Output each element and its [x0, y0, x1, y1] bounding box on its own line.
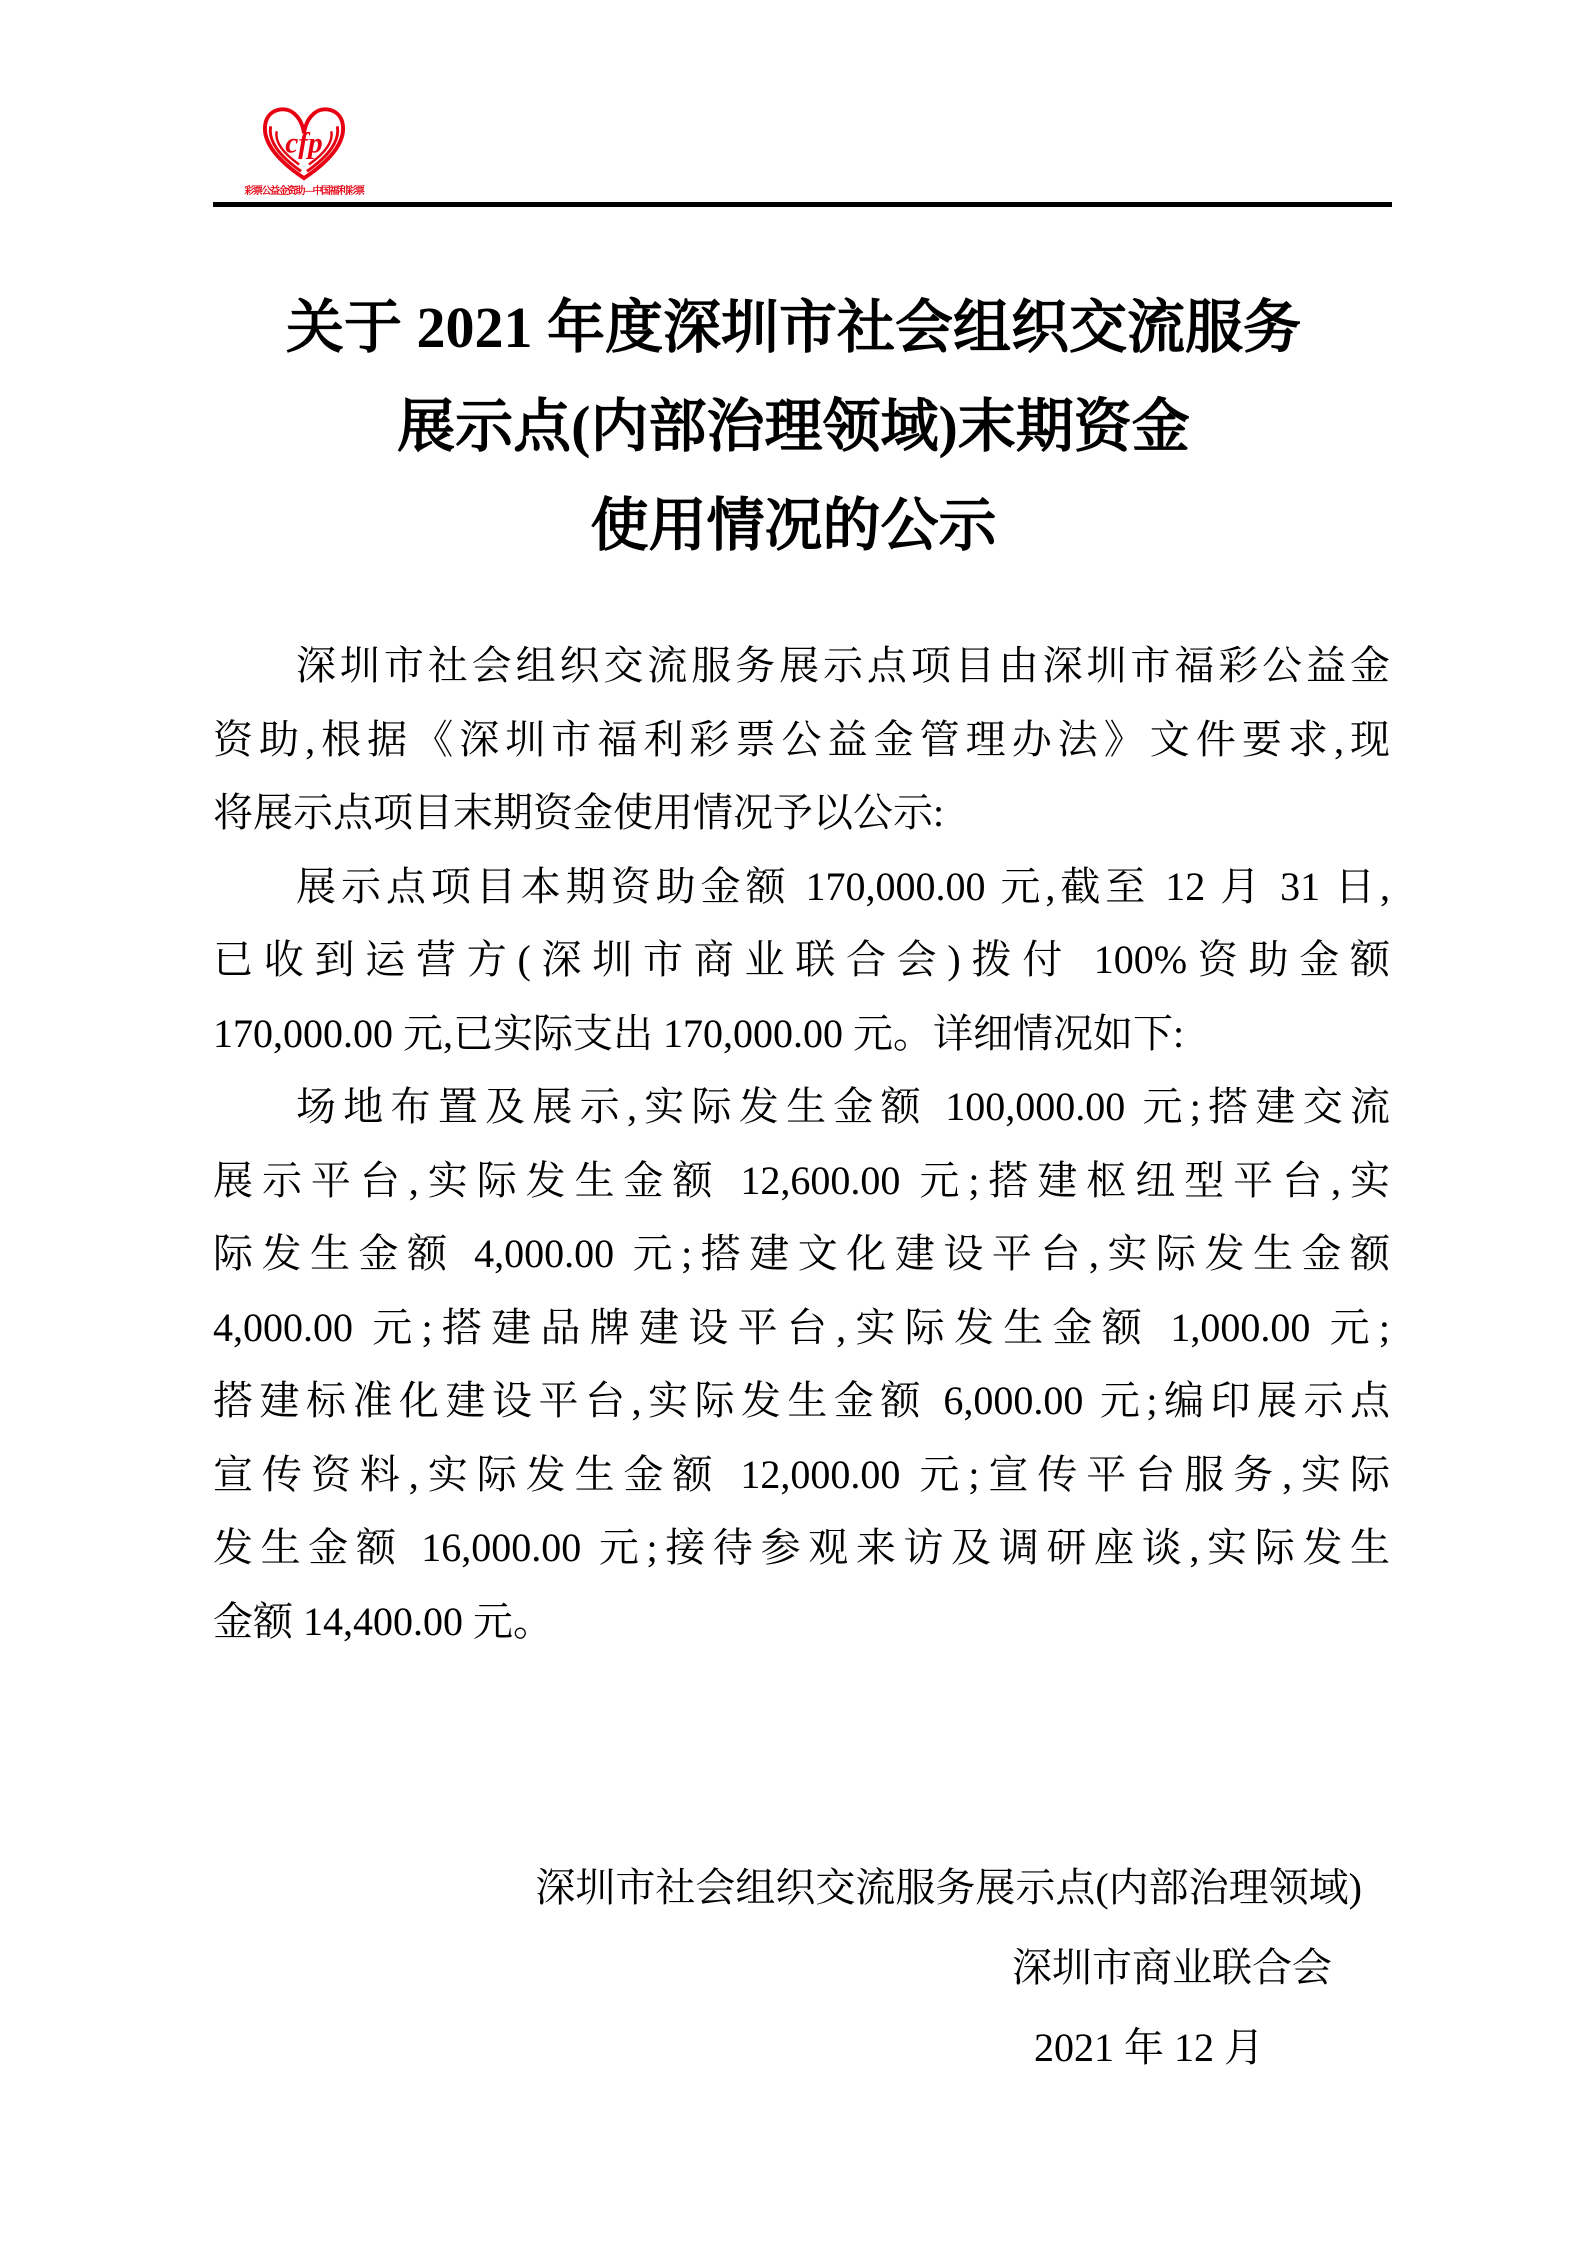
body-line: 展示平台,实际发生金额 12,600.00 元;搭建枢纽型平台,实 [213, 1144, 1390, 1218]
document-body: 深圳市社会组织交流服务展示点项目由深圳市福彩公益金 资助,根据《深圳市福利彩票公… [213, 629, 1390, 1658]
paragraph-funding-summary: 展示点项目本期资助金额 170,000.00 元,截至 12 月 31 日, 已… [213, 850, 1390, 1071]
body-line: 170,000.00 元,已实际支出 170,000.00 元。详细情况如下: [213, 997, 1390, 1071]
body-line: 宣传资料,实际发生金额 12,000.00 元;宣传平台服务,实际 [213, 1438, 1390, 1512]
signature-org-name: 深圳市商业联合会 [213, 1928, 1390, 2008]
title-line-1: 关于 2021 年度深圳市社会组织交流服务 [0, 278, 1587, 377]
body-line: 金额 14,400.00 元。 [213, 1585, 1390, 1659]
signature-date: 2021 年 12 月 [213, 2008, 1390, 2088]
body-line: 场地布置及展示,实际发生金额 100,000.00 元;搭建交流 [213, 1070, 1390, 1144]
body-line: 搭建标准化建设平台,实际发生金额 6,000.00 元;编印展示点 [213, 1364, 1390, 1438]
paragraph-intro: 深圳市社会组织交流服务展示点项目由深圳市福彩公益金 资助,根据《深圳市福利彩票公… [213, 629, 1390, 850]
header-divider [213, 202, 1392, 207]
body-line: 已收到运营方(深圳市商业联合会)拨付 100%资助金额 [213, 923, 1390, 997]
paragraph-expense-details: 场地布置及展示,实际发生金额 100,000.00 元;搭建交流 展示平台,实际… [213, 1070, 1390, 1658]
title-line-2: 展示点(内部治理领域)末期资金 [0, 377, 1587, 476]
body-line: 深圳市社会组织交流服务展示点项目由深圳市福彩公益金 [213, 629, 1390, 703]
body-line: 际发生金额 4,000.00 元;搭建文化建设平台,实际发生金额 [213, 1217, 1390, 1291]
logo-caption: 彩票公益金资助—中国福利彩票 [238, 182, 370, 197]
cfp-heart-icon: cfp [255, 98, 353, 184]
document-page: cfp 彩票公益金资助—中国福利彩票 关于 2021 年度深圳市社会组织交流服务… [0, 0, 1587, 2245]
body-line: 资助,根据《深圳市福利彩票公益金管理办法》文件要求,现 [213, 703, 1390, 777]
title-line-3: 使用情况的公示 [0, 476, 1587, 575]
body-line: 4,000.00 元;搭建品牌建设平台,实际发生金额 1,000.00 元; [213, 1291, 1390, 1365]
welfare-lottery-logo: cfp 彩票公益金资助—中国福利彩票 [238, 98, 370, 197]
signature-org-line: 深圳市社会组织交流服务展示点(内部治理领域) [213, 1848, 1390, 1928]
svg-text:cfp: cfp [285, 128, 322, 160]
signature-block: 深圳市社会组织交流服务展示点(内部治理领域) 深圳市商业联合会 2021 年 1… [213, 1848, 1390, 2088]
body-line: 展示点项目本期资助金额 170,000.00 元,截至 12 月 31 日, [213, 850, 1390, 924]
body-line: 将展示点项目末期资金使用情况予以公示: [213, 776, 1390, 850]
page-title: 关于 2021 年度深圳市社会组织交流服务 展示点(内部治理领域)末期资金 使用… [0, 278, 1587, 575]
body-line: 发生金额 16,000.00 元;接待参观来访及调研座谈,实际发生 [213, 1511, 1390, 1585]
